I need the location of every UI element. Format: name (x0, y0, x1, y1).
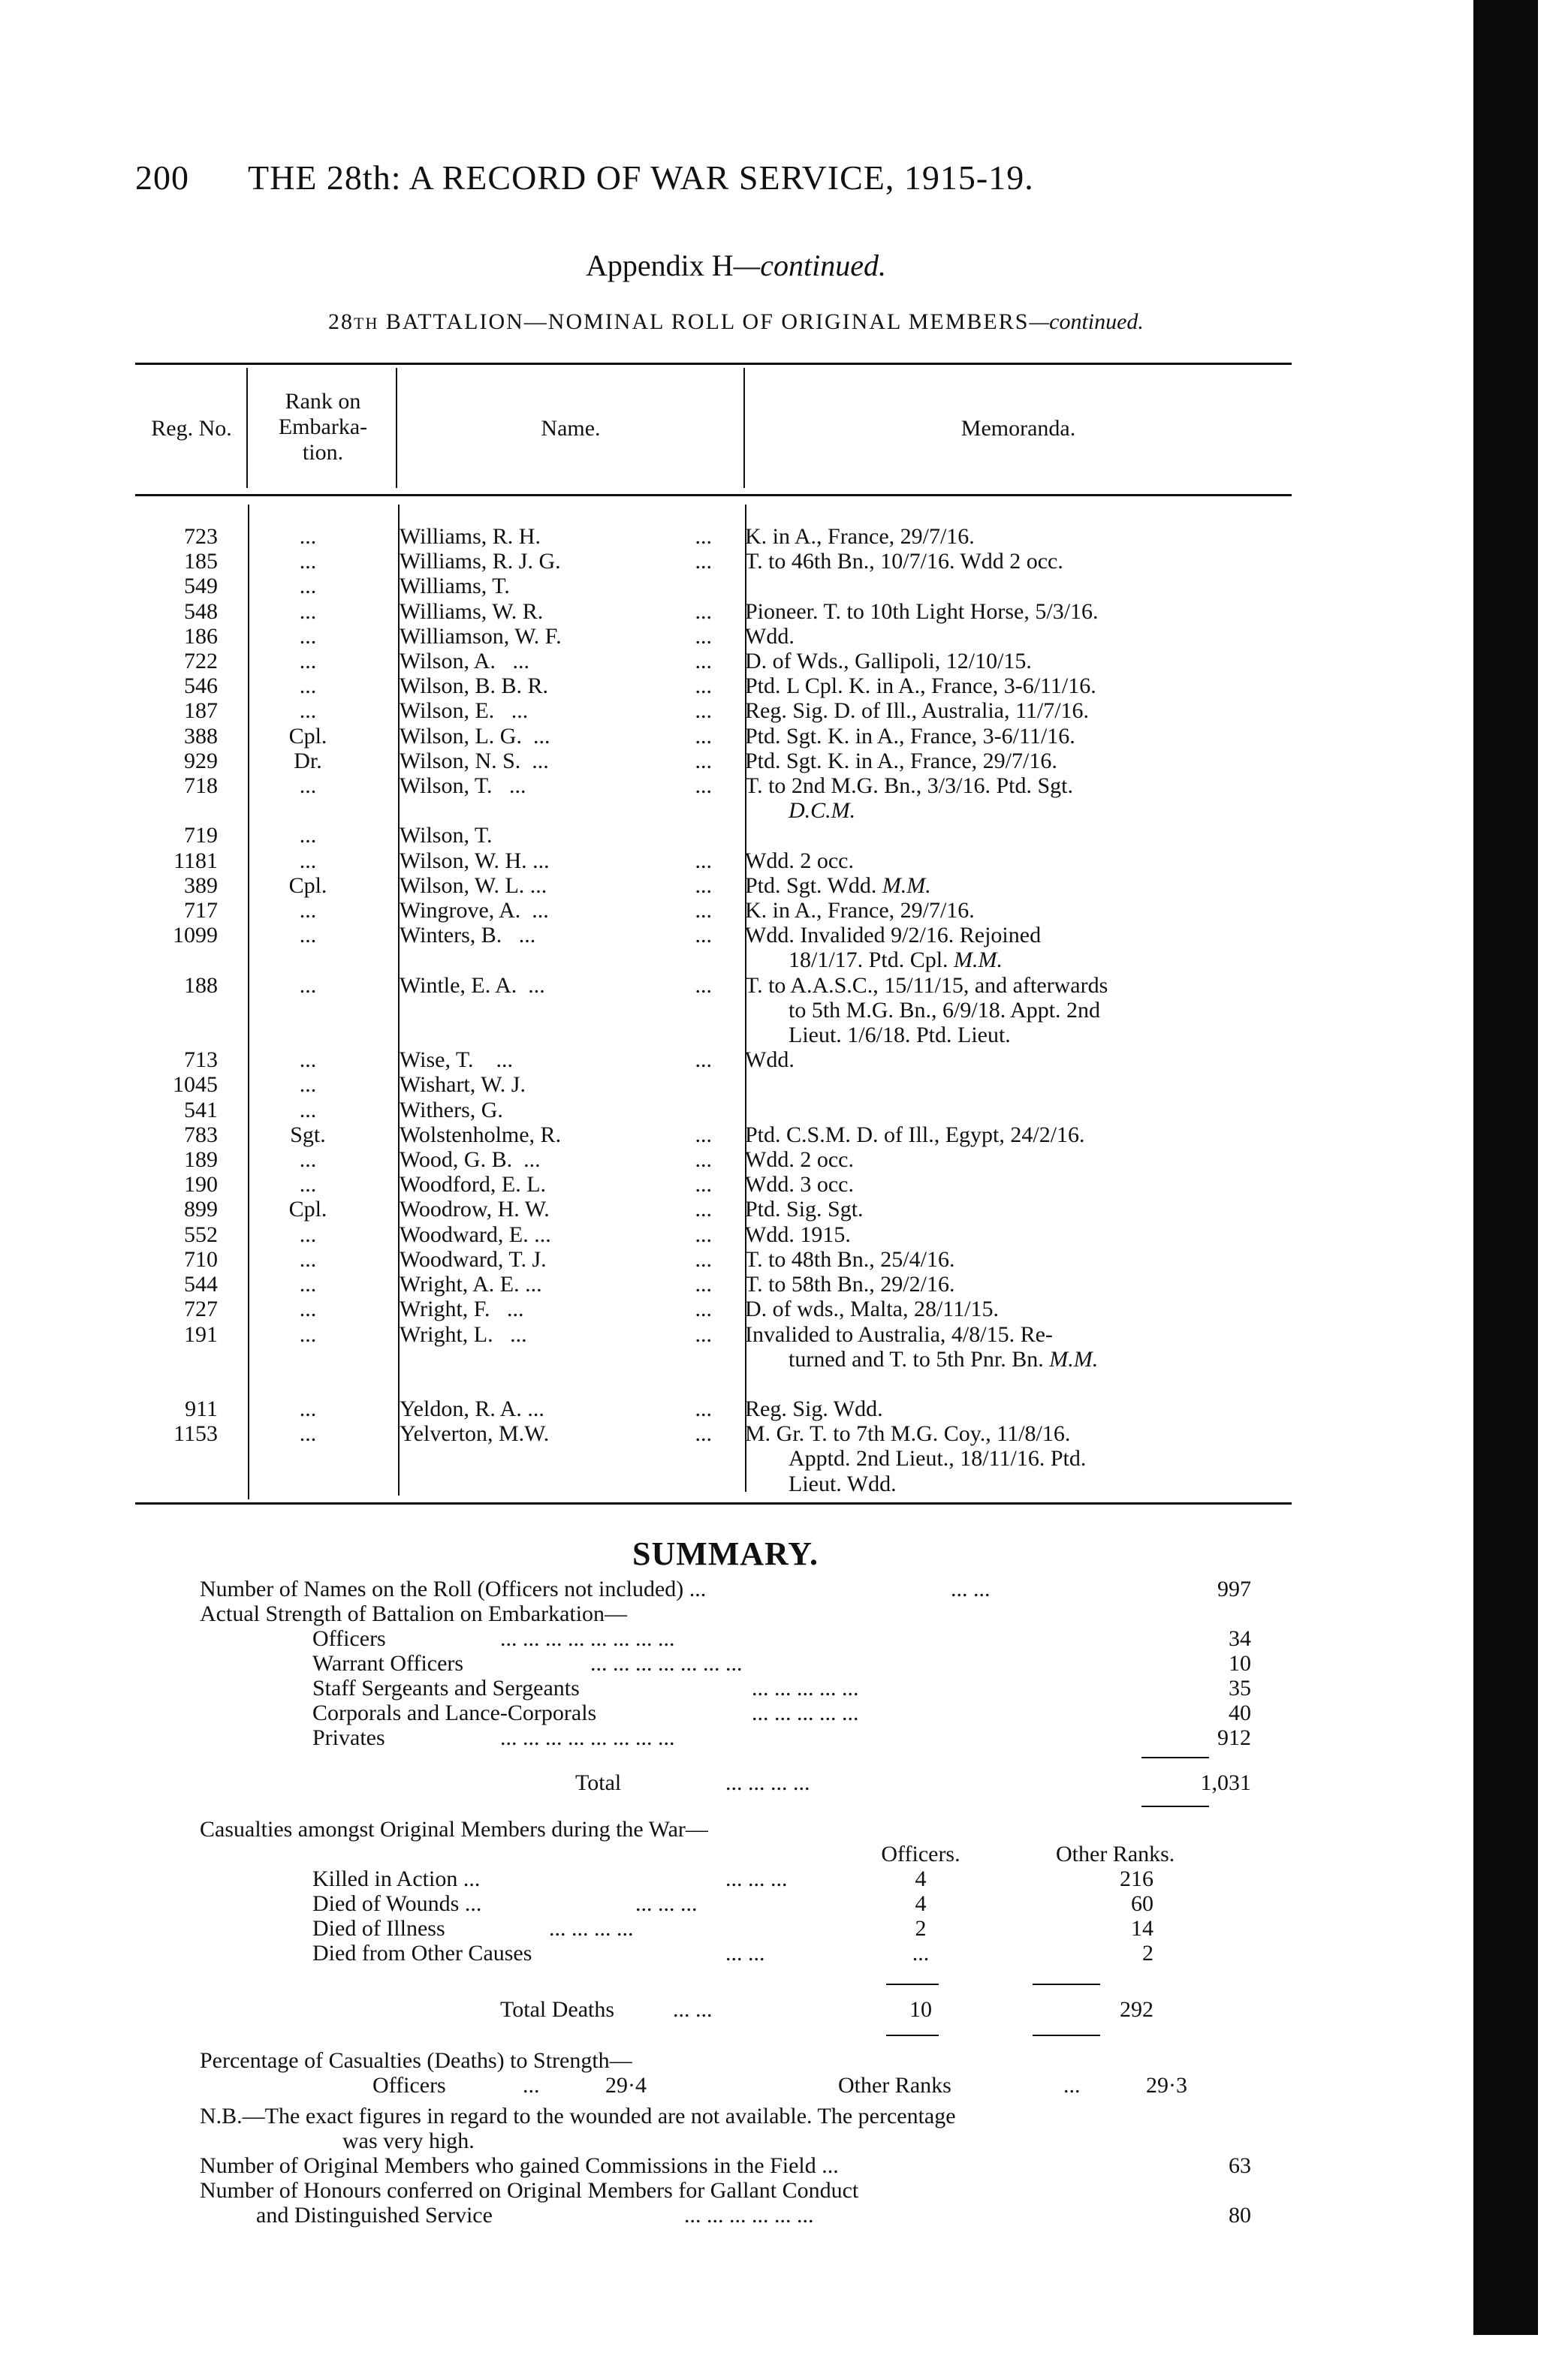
rank: ... (233, 848, 383, 873)
memoranda: Wdd. 3 occ. (728, 1172, 1292, 1197)
memoranda: Ptd. C.S.M. D. of Ill., Egypt, 24/2/16. (728, 1122, 1292, 1147)
leader-dots: ... ... ... ... ... (752, 1676, 859, 1701)
percentage-section: Percentage of Casualties (Deaths) to Str… (200, 2048, 1326, 2228)
rank: ... (233, 549, 383, 574)
memoranda: Pioneer. T. to 10th Light Horse, 5/3/16. (728, 599, 1292, 624)
rank: ... (233, 649, 383, 673)
strength-value: 40 (1161, 1701, 1251, 1725)
deaths-rule-bottom-off (886, 2035, 939, 2036)
name-cell: Wilson, L. G. ...... (383, 724, 728, 749)
rank: Sgt. (233, 1122, 383, 1147)
leader-dots: ... (695, 1421, 713, 1496)
table-row: 727...Wright, F. ......D. of wds., Malta… (135, 1297, 1292, 1321)
reg-no: 1153 (135, 1421, 233, 1496)
soldier-name: Wise, T. ... (400, 1047, 513, 1072)
reg-no: 389 (135, 873, 233, 898)
strength-heading-row: Actual Strength of Battalion on Embarkat… (200, 1601, 1251, 1626)
strength-label: Officers (312, 1626, 386, 1651)
memo-text: Pioneer. T. to 10th Light Horse, 5/3/16. (745, 599, 1099, 624)
rank: ... (233, 599, 383, 624)
name-cell: Woodford, E. L.... (383, 1172, 728, 1197)
deaths-rule-top-off (886, 1984, 939, 1985)
rank: ... (233, 524, 383, 549)
book-title: THE 28th: A RECORD OF WAR SERVICE, 1915-… (248, 158, 1034, 197)
table-bottom-rule (135, 1502, 1292, 1505)
strength-row: Officers... ... ... ... ... ... ... ...3… (200, 1626, 1251, 1651)
leader-dots: ... (695, 673, 713, 698)
header-reg-no: Reg. No. (135, 416, 248, 441)
reg-no: 1099 (135, 923, 233, 972)
name-cell: Wise, T. ...... (383, 1047, 728, 1072)
casualty-other-ranks: 60 (1003, 1891, 1153, 1916)
memoranda: T. to 2nd M.G. Bn., 3/3/16. Ptd. Sgt.D.C… (728, 773, 1292, 823)
leader-dots: ... (695, 1122, 713, 1147)
table-row: 552...Woodward, E. ......Wdd. 1915. (135, 1222, 1292, 1247)
table-row: 187...Wilson, E. ......Reg. Sig. D. of I… (135, 698, 1292, 723)
rank: ... (233, 698, 383, 723)
casualties-section: Casualties amongst Original Members duri… (200, 1817, 1311, 1966)
soldier-name: Winters, B. ... (400, 923, 535, 972)
leader-dots: ... (695, 649, 713, 673)
table-row: 189...Wood, G. B. ......Wdd. 2 occ. (135, 1147, 1292, 1172)
reg-no: 717 (135, 898, 233, 923)
leader-dots: ... (695, 848, 713, 873)
memoranda: D. of Wds., Gallipoli, 12/10/15. (728, 649, 1292, 673)
memoranda: Ptd. Sgt. Wdd. M.M. (728, 873, 1292, 898)
memo-honour: M.M. (954, 947, 1003, 972)
memoranda: T. to A.A.S.C., 15/11/15, and afterwards… (728, 973, 1292, 1048)
strength-value: 34 (1161, 1626, 1251, 1651)
leader-dots: ... ... ... ... ... ... ... (590, 1651, 743, 1676)
table-row: 1153...Yelverton, M.W....M. Gr. T. to 7t… (135, 1421, 1292, 1496)
page-number: 200 (135, 158, 248, 197)
memo-text: Reg. Sig. Wdd. (745, 1396, 883, 1421)
leader-dots: ... (695, 624, 713, 649)
memo-text: Wdd. (745, 1047, 795, 1072)
memoranda: Ptd. Sgt. K. in A., France, 3-6/11/16. (728, 724, 1292, 749)
strength-label: Staff Sergeants and Sergeants (312, 1676, 580, 1701)
rank: ... (233, 574, 383, 598)
leader-dots: ... (695, 898, 713, 923)
running-head: 200THE 28th: A RECORD OF WAR SERVICE, 19… (135, 158, 1034, 197)
table-row: 548...Williams, W. R....Pioneer. T. to 1… (135, 599, 1292, 624)
name-cell: Wilson, W. H. ...... (383, 848, 728, 873)
rank: ... (233, 1421, 383, 1496)
name-cell: Wilson, B. B. R.... (383, 673, 728, 698)
rank: ... (233, 973, 383, 1048)
memo-text: T. to 46th Bn., 10/7/16. Wdd 2 occ. (745, 549, 1063, 574)
table-row: 185...Williams, R. J. G....T. to 46th Bn… (135, 549, 1292, 574)
name-cell: Williams, R. J. G.... (383, 549, 728, 574)
leader-dots: ... (695, 773, 713, 823)
name-cell: Yeldon, R. A. ...... (383, 1396, 728, 1421)
leader-dots: ... (695, 599, 713, 624)
table-row: 546...Wilson, B. B. R....Ptd. L Cpl. K. … (135, 673, 1292, 698)
casualty-row: Died from Other Causes... ......2 (200, 1941, 1311, 1966)
leader-dots: ... (695, 1147, 713, 1172)
leader-dots: ... ... ... ... ... ... ... ... (500, 1626, 675, 1651)
name-cell: Williams, R. H.... (383, 524, 728, 549)
casualties-col-other: Other Ranks. (1056, 1842, 1175, 1866)
reg-no: 549 (135, 574, 233, 598)
summary-section: SUMMARY. (200, 1532, 1281, 1577)
percentage-heading: Percentage of Casualties (Deaths) to Str… (200, 2048, 632, 2073)
strength-total-row: Total ... ... ... ... 1,031 (200, 1770, 1251, 1795)
casualty-officers: 4 (879, 1891, 962, 1916)
strength-label: Privates (312, 1725, 385, 1750)
header-memoranda: Memoranda. (745, 416, 1292, 441)
rank: ... (233, 823, 383, 848)
reg-no: 541 (135, 1098, 233, 1122)
nb-line-2: was very high. (342, 2128, 475, 2153)
memoranda: M. Gr. T. to 7th M.G. Coy., 11/8/16.Appt… (728, 1421, 1292, 1496)
memoranda: Ptd. Sgt. K. in A., France, 29/7/16. (728, 749, 1292, 773)
casualty-label: Died of Wounds ... (312, 1891, 481, 1916)
memo-text: Ptd. L Cpl. K. in A., France, 3-6/11/16. (745, 673, 1096, 698)
reg-no: 546 (135, 673, 233, 698)
leader-dots: ... ... ... (635, 1891, 698, 1916)
memo-text: Wdd. 2 occ. (745, 848, 854, 873)
table-row: 713...Wise, T. ......Wdd. (135, 1047, 1292, 1072)
rank: ... (233, 773, 383, 823)
table-row: 544...Wright, A. E. ......T. to 58th Bn.… (135, 1272, 1292, 1297)
nominal-roll-table: 723...Williams, R. H....K. in A., France… (135, 524, 1292, 1496)
memoranda: K. in A., France, 29/7/16. (728, 898, 1292, 923)
name-cell: Wilson, A. ...... (383, 649, 728, 673)
soldier-name: Wilson, A. ... (400, 649, 529, 673)
soldier-name: Woodward, E. ... (400, 1222, 551, 1247)
scan-edge-shadow (1473, 0, 1538, 2335)
table-row: 389Cpl.Wilson, W. L. ......Ptd. Sgt. Wdd… (135, 873, 1292, 898)
reg-no: 552 (135, 1222, 233, 1247)
honours-value: 80 (1229, 2203, 1251, 2228)
leader-dots: ... ... ... ... ... (752, 1701, 859, 1725)
rank: ... (233, 1222, 383, 1247)
reg-no: 722 (135, 649, 233, 673)
memo-continuation: 18/1/17. Ptd. Cpl. (789, 947, 948, 972)
memo-text: K. in A., France, 29/7/16. (745, 524, 975, 549)
leader-dots: ... (695, 1247, 713, 1272)
casualty-label: Died from Other Causes (312, 1941, 532, 1966)
rank: Dr. (233, 749, 383, 773)
soldier-name: Wilson, N. S. ... (400, 749, 549, 773)
leader-dots: ... (695, 1322, 713, 1372)
leader-dots: ... (695, 698, 713, 723)
leader-dots: ... ... ... ... ... ... (684, 2203, 814, 2228)
table-row: 723...Williams, R. H....K. in A., France… (135, 524, 1292, 549)
casualty-row: Killed in Action ...... ... ...4216 (200, 1866, 1311, 1891)
reg-no: 929 (135, 749, 233, 773)
rank: ... (233, 1147, 383, 1172)
table-row: 929Dr.Wilson, N. S. ......Ptd. Sgt. K. i… (135, 749, 1292, 773)
leader-dots: ... ... (673, 1997, 713, 2022)
leader-dots: ... ... ... ... (725, 1770, 810, 1795)
soldier-name: Wright, F. ... (400, 1297, 524, 1321)
soldier-name: Wilson, B. B. R. (400, 673, 548, 698)
rank: ... (233, 673, 383, 698)
memo-text: Wdd. Invalided 9/2/16. Rejoined (745, 923, 1041, 947)
memoranda: Wdd. 2 occ. (728, 1147, 1292, 1172)
soldier-name: Wilson, E. ... (400, 698, 528, 723)
memo-text: Wdd. 1915. (745, 1222, 851, 1247)
memo-text: Ptd. Sgt. K. in A., France, 3-6/11/16. (745, 724, 1075, 749)
roll-title-prefix: 28 (328, 309, 354, 334)
soldier-name: Wright, L. ... (400, 1322, 527, 1372)
row-gap (135, 1372, 1292, 1396)
memo-text: Ptd. Sgt. Wdd. (745, 873, 876, 898)
memoranda (728, 1072, 1292, 1097)
rank: ... (233, 1098, 383, 1122)
soldier-name: Yelverton, M.W. (400, 1421, 549, 1496)
memo-honour: D.C.M. (789, 798, 855, 823)
memo-text: Wdd. 3 occ. (745, 1172, 854, 1197)
soldier-name: Williamson, W. F. (400, 624, 562, 649)
table-top-rule (135, 363, 1292, 365)
soldier-name: Wilson, W. L. ... (400, 873, 547, 898)
strength-row: Warrant Officers... ... ... ... ... ... … (200, 1651, 1251, 1676)
leader-dots: ... (695, 524, 713, 549)
memo-text: Wdd. (745, 624, 795, 649)
strength-row: Privates... ... ... ... ... ... ... ...9… (200, 1725, 1251, 1750)
leader-dots: ... (695, 973, 713, 1048)
rank: ... (233, 1322, 383, 1372)
memoranda: Wdd. 1915. (728, 1222, 1292, 1247)
leader-dots: ... (695, 1396, 713, 1421)
rank: Cpl. (233, 873, 383, 898)
soldier-name: Woodrow, H. W. (400, 1197, 550, 1222)
summary-body: Number of Names on the Roll (Officers no… (200, 1577, 1251, 1750)
leader-dots: ... (695, 1197, 713, 1222)
table-row: 191...Wright, L. ......Invalided to Aust… (135, 1322, 1292, 1372)
table-row: 717...Wingrove, A. ......K. in A., Franc… (135, 898, 1292, 923)
reg-no: 186 (135, 624, 233, 649)
rank: ... (233, 923, 383, 972)
memoranda: D. of wds., Malta, 28/11/15. (728, 1297, 1292, 1321)
reg-no: 1181 (135, 848, 233, 873)
memo-text: Wdd. 2 occ. (745, 1147, 854, 1172)
name-cell: Wright, F. ...... (383, 1297, 728, 1321)
roll-title-main: BATTALION—NOMINAL ROLL OF ORIGINAL MEMBE… (378, 309, 1029, 334)
commissions-label: Number of Original Members who gained Co… (200, 2153, 839, 2178)
header-rank: Rank on Embarka- tion. (248, 389, 398, 465)
reg-no: 187 (135, 698, 233, 723)
casualty-other-ranks: 2 (1003, 1941, 1153, 1966)
name-cell: Woodrow, H. W.... (383, 1197, 728, 1222)
pct-officers-label: Officers (372, 2073, 446, 2098)
leader-dots: ... (1063, 2073, 1081, 2098)
leader-dots: ... (695, 1297, 713, 1321)
memo-continuation: to 5th M.G. Bn., 6/9/18. Appt. 2nd (789, 998, 1100, 1023)
honours-line-2: and Distinguished Service (256, 2203, 493, 2228)
casualties-col-officers: Officers. (879, 1842, 962, 1866)
soldier-name: Wilson, T. (400, 823, 493, 848)
strength-total-rule-top (1141, 1757, 1209, 1758)
appendix-title: Appendix H—continued. (0, 248, 1472, 283)
roll-title-continued: —continued. (1029, 309, 1143, 334)
memo-continuation: Apptd. 2nd Lieut., 18/11/16. Ptd. (789, 1446, 1086, 1471)
memo-text: D. of Wds., Gallipoli, 12/10/15. (745, 649, 1032, 673)
reg-no: 727 (135, 1297, 233, 1321)
casualty-officers: 4 (879, 1866, 962, 1891)
total-deaths-label: Total Deaths (500, 1997, 614, 2022)
name-cell: Wingrove, A. ...... (383, 898, 728, 923)
pct-other-value: 29·3 (1146, 2073, 1187, 2098)
reg-no: 191 (135, 1322, 233, 1372)
rank: ... (233, 898, 383, 923)
pct-officers-value: 29·4 (605, 2073, 647, 2098)
strength-value: 912 (1161, 1725, 1251, 1750)
name-cell: Wright, L. ...... (383, 1322, 728, 1372)
deaths-rule-bottom-or (1033, 2035, 1100, 2036)
reg-no: 719 (135, 823, 233, 848)
roll-title-sc: TH (354, 314, 378, 333)
name-cell: Yelverton, M.W.... (383, 1421, 728, 1496)
soldier-name: Withers, G. (400, 1098, 503, 1122)
reg-no: 185 (135, 549, 233, 574)
name-cell: Woodward, T. J.... (383, 1247, 728, 1272)
rank: ... (233, 1396, 383, 1421)
table-row: 718...Wilson, T. ......T. to 2nd M.G. Bn… (135, 773, 1292, 823)
rank: Cpl. (233, 1197, 383, 1222)
memo-continuation: Lieut. 1/6/18. Ptd. Lieut. (789, 1023, 1011, 1047)
memoranda: Reg. Sig. Wdd. (728, 1396, 1292, 1421)
name-cell: Wright, A. E. ...... (383, 1272, 728, 1297)
memoranda: T. to 48th Bn., 25/4/16. (728, 1247, 1292, 1272)
name-cell: Wood, G. B. ...... (383, 1147, 728, 1172)
strength-value: 10 (1161, 1651, 1251, 1676)
casualty-row: Died of Illness... ... ... ...214 (200, 1916, 1311, 1941)
reg-no: 388 (135, 724, 233, 749)
soldier-name: Wilson, T. ... (400, 773, 526, 823)
summary-title: SUMMARY. (200, 1532, 1251, 1577)
leader-dots: ... ... ... ... ... ... ... ... (500, 1725, 675, 1750)
soldier-name: Wishart, W. J. (400, 1072, 526, 1097)
soldier-name: Wintle, E. A. ... (400, 973, 545, 1048)
leader-dots: ... ... ... (725, 1866, 788, 1891)
name-cell: Wilson, T. ...... (383, 773, 728, 823)
name-cell: Williams, W. R.... (383, 599, 728, 624)
reg-no: 911 (135, 1396, 233, 1421)
memoranda: Ptd. L Cpl. K. in A., France, 3-6/11/16. (728, 673, 1292, 698)
soldier-name: Yeldon, R. A. ... (400, 1396, 544, 1421)
strength-total-value: 1,031 (1161, 1770, 1251, 1795)
soldier-name: Wood, G. B. ... (400, 1147, 541, 1172)
memo-text: T. to 2nd M.G. Bn., 3/3/16. Ptd. Sgt. (745, 773, 1073, 798)
reg-no: 710 (135, 1247, 233, 1272)
memo-text: T. to A.A.S.C., 15/11/15, and afterwards (745, 973, 1108, 998)
soldier-name: Wingrove, A. ... (400, 898, 549, 923)
memoranda: T. to 46th Bn., 10/7/16. Wdd 2 occ. (728, 549, 1292, 574)
memoranda: Ptd. Sig. Sgt. (728, 1197, 1292, 1222)
reg-no: 190 (135, 1172, 233, 1197)
memoranda: Invalided to Australia, 4/8/15. Re-turne… (728, 1322, 1292, 1372)
table-row: 710...Woodward, T. J....T. to 48th Bn., … (135, 1247, 1292, 1272)
memoranda: Reg. Sig. D. of Ill., Australia, 11/7/16… (728, 698, 1292, 723)
strength-row: Corporals and Lance-Corporals... ... ...… (200, 1701, 1251, 1725)
table-row: 1181...Wilson, W. H. ......Wdd. 2 occ. (135, 848, 1292, 873)
reg-no: 548 (135, 599, 233, 624)
rank: ... (233, 1072, 383, 1097)
leader-dots: ... (695, 1172, 713, 1197)
table-header-rule (135, 494, 1292, 496)
leader-dots: ... (695, 1222, 713, 1247)
leader-dots: ... (695, 1272, 713, 1297)
names-on-roll-row: Number of Names on the Roll (Officers no… (200, 1577, 1251, 1601)
casualties-heading: Casualties amongst Original Members duri… (200, 1817, 708, 1842)
soldier-name: Wilson, W. H. ... (400, 848, 550, 873)
commissions-value: 63 (1229, 2153, 1251, 2178)
table-row: 1045...Wishart, W. J. (135, 1072, 1292, 1097)
leader-dots: ... ... (725, 1941, 765, 1966)
strength-heading: Actual Strength of Battalion on Embarkat… (200, 1601, 627, 1626)
table-row: 722...Wilson, A. ......D. of Wds., Galli… (135, 649, 1292, 673)
header-rank-line3: tion. (248, 440, 398, 465)
table-row: 719...Wilson, T. (135, 823, 1292, 848)
reg-no: 713 (135, 1047, 233, 1072)
strength-value: 35 (1161, 1676, 1251, 1701)
memoranda: Wdd. Invalided 9/2/16. Rejoined18/1/17. … (728, 923, 1292, 972)
strength-label: Corporals and Lance-Corporals (312, 1701, 596, 1725)
strength-total-label: Total (575, 1770, 621, 1795)
memoranda: Wdd. (728, 1047, 1292, 1072)
rank: ... (233, 1172, 383, 1197)
leader-dots: ... (695, 1047, 713, 1072)
memoranda (728, 1098, 1292, 1122)
reg-no: 1045 (135, 1072, 233, 1097)
total-deaths-row: Total Deaths ... ... 10 292 (200, 1997, 1311, 2022)
leader-dots: ... (695, 873, 713, 898)
casualty-other-ranks: 14 (1003, 1916, 1153, 1941)
rank: ... (233, 624, 383, 649)
header-name: Name. (398, 416, 743, 441)
soldier-name: Wright, A. E. ... (400, 1272, 542, 1297)
roll-title: 28TH BATTALION—NOMINAL ROLL OF ORIGINAL … (0, 309, 1472, 335)
leader-dots: ... (695, 749, 713, 773)
soldier-name: Williams, R. J. G. (400, 549, 561, 574)
name-cell: Wilson, E. ...... (383, 698, 728, 723)
casualty-label: Killed in Action ... (312, 1866, 480, 1891)
names-on-roll-label: Number of Names on the Roll (Officers no… (200, 1577, 706, 1601)
name-cell: Withers, G. (383, 1098, 728, 1122)
soldier-name: Wolstenholme, R. (400, 1122, 561, 1147)
rank: Cpl. (233, 724, 383, 749)
table-row: 388Cpl.Wilson, L. G. ......Ptd. Sgt. K. … (135, 724, 1292, 749)
reg-no: 544 (135, 1272, 233, 1297)
soldier-name: Woodward, T. J. (400, 1247, 547, 1272)
memo-honour: M.M. (1049, 1347, 1098, 1372)
name-cell: Woodward, E. ...... (383, 1222, 728, 1247)
memo-text: D. of wds., Malta, 28/11/15. (745, 1297, 999, 1321)
memo-text: Ptd. Sig. Sgt. (745, 1197, 864, 1222)
memo-text: Ptd. Sgt. K. in A., France, 29/7/16. (745, 749, 1057, 773)
casualty-rows: Killed in Action ...... ... ...4216Died … (200, 1866, 1311, 1966)
memo-continuation: Lieut. Wdd. (789, 1472, 897, 1496)
name-cell: Williamson, W. F.... (383, 624, 728, 649)
leader-dots: ... (523, 2073, 540, 2098)
table-row: 783Sgt.Wolstenholme, R....Ptd. C.S.M. D.… (135, 1122, 1292, 1147)
memo-continuation: turned and T. to 5th Pnr. Bn. (789, 1347, 1044, 1372)
rank: ... (233, 1297, 383, 1321)
casualty-officers: ... (879, 1941, 962, 1966)
strength-label: Warrant Officers (312, 1651, 463, 1676)
memo-honour: M.M. (882, 873, 931, 898)
total-deaths-officers: 10 (879, 1997, 962, 2022)
name-cell: Wintle, E. A. ...... (383, 973, 728, 1048)
table-row: 899Cpl.Woodrow, H. W....Ptd. Sig. Sgt. (135, 1197, 1292, 1222)
strength-row: Staff Sergeants and Sergeants... ... ...… (200, 1676, 1251, 1701)
header-rank-line2: Embarka- (248, 414, 398, 440)
casualty-row: Died of Wounds ...... ... ...460 (200, 1891, 1311, 1916)
